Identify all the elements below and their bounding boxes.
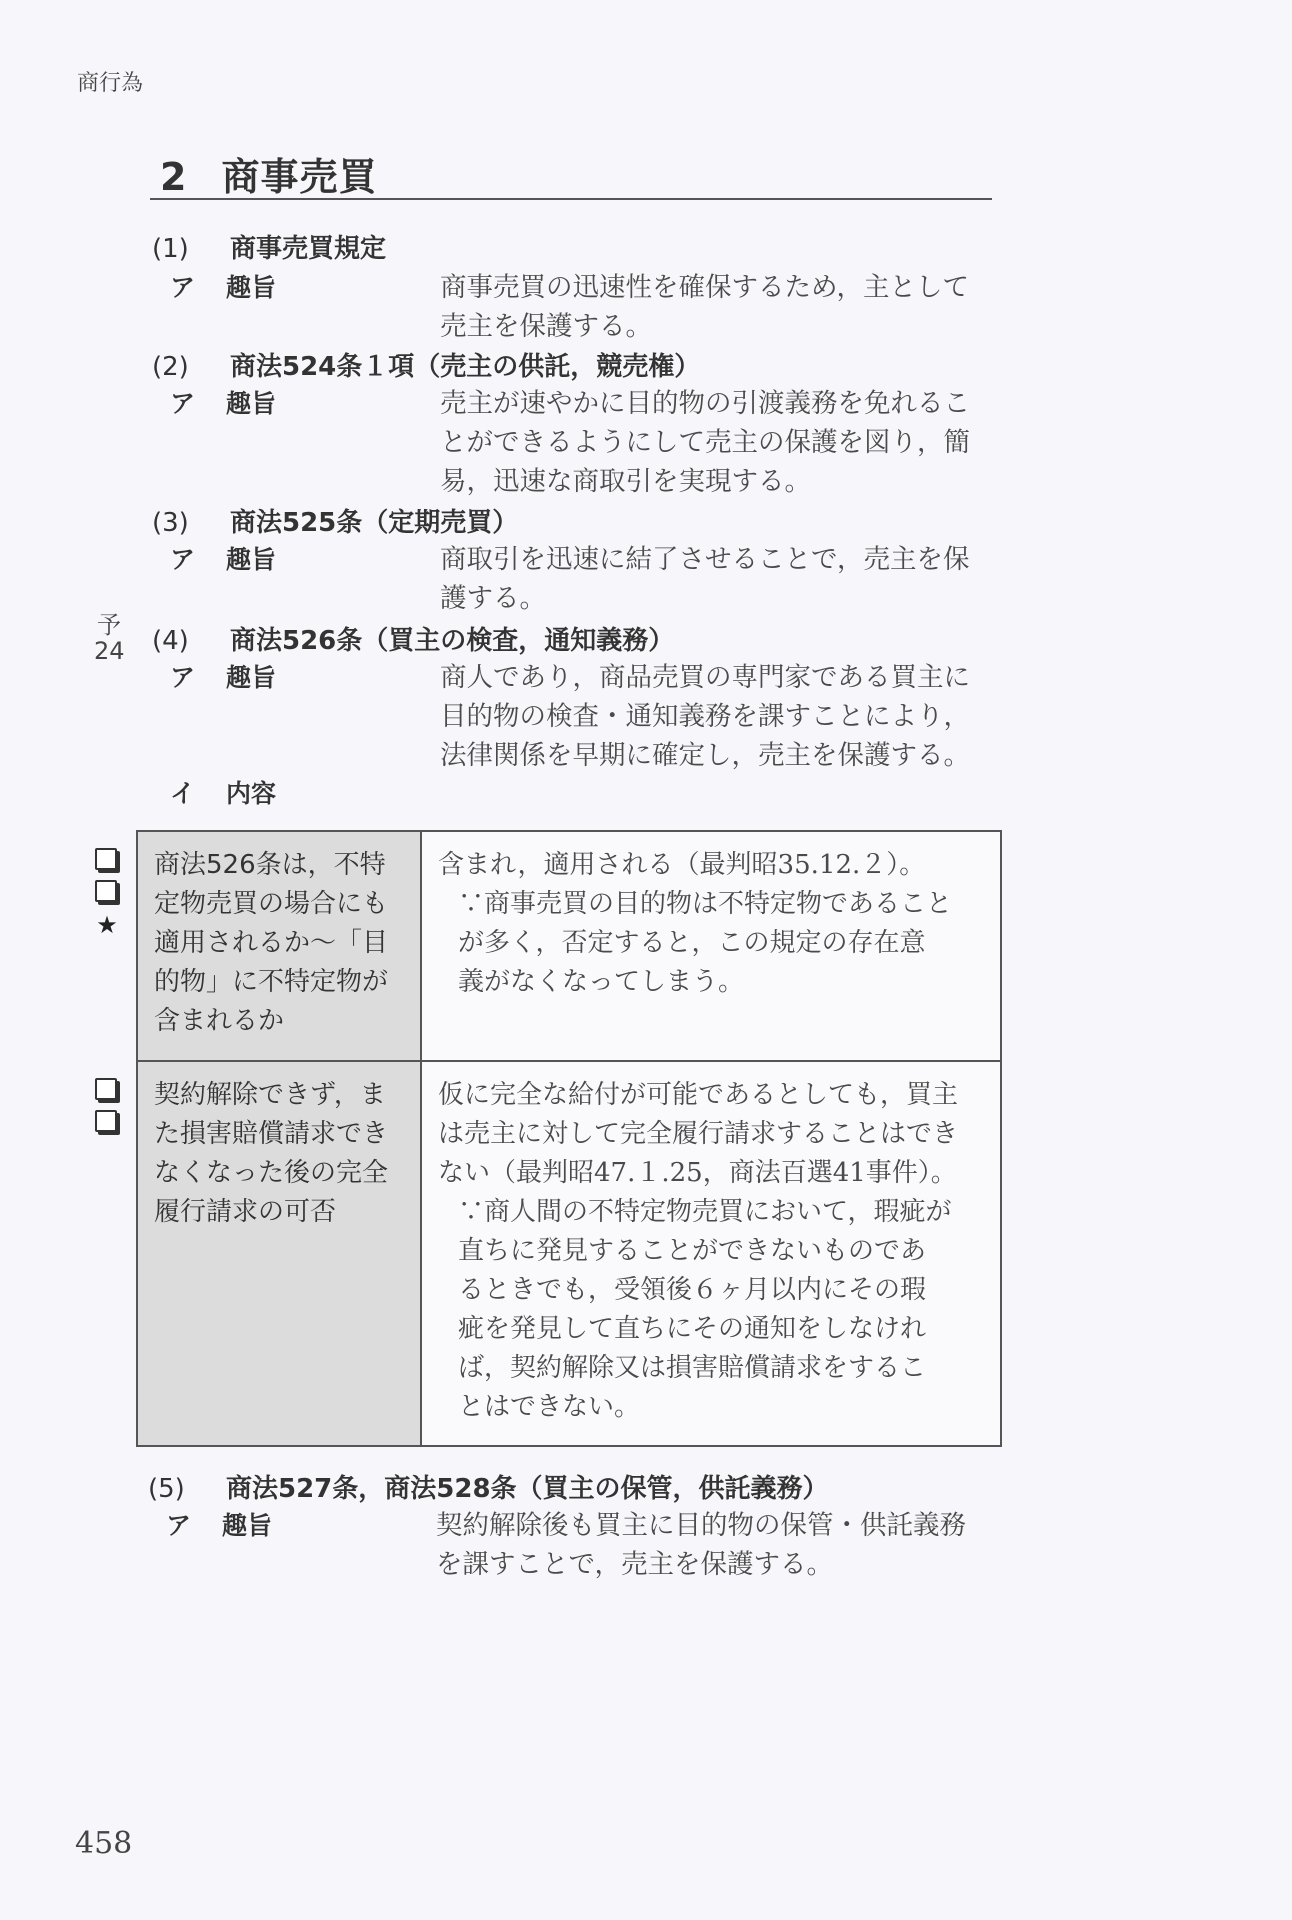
section-title-text: 商事売買 <box>221 155 377 199</box>
item-heading-5: (5)商法527条，商法528条（買主の保管，供託義務） <box>148 1468 829 1505</box>
item-5-sub-a: ア趣旨 <box>166 1506 272 1542</box>
reason-text: ∵商事売買の目的物は不特定物であること が多く，否定すると，この規定の存在意 義… <box>438 885 986 1002</box>
issues-table: 商法526条は，不特 定物売買の場合にも 適用されるか～「目 的物」に不特定物が… <box>136 830 1002 1447</box>
checkbox-icon[interactable] <box>95 1110 117 1132</box>
section-title: 2商事売買 <box>160 146 377 201</box>
answer-cell: 仮に完全な給付が可能であるとしても，買主 は売主に対して完全履行請求することはで… <box>421 1061 1001 1446</box>
item-heading-3: (3)商法525条（定期売買） <box>152 502 518 539</box>
item-4-sub-i: イ内容 <box>170 774 276 810</box>
reason-text: ∵商人間の不特定物売買において，瑕疵が 直ちに発見することができないものであ る… <box>438 1193 986 1427</box>
item-heading-2: (2)商法524条１項（売主の供託，競売権） <box>152 346 700 383</box>
answer-cell: 含まれ，適用される（最判昭35.12.２）。 ∵商事売買の目的物は不特定物である… <box>421 831 1001 1061</box>
question-cell: 契約解除できず，ま た損害賠償請求でき なくなった後の完全 履行請求の可否 <box>137 1061 421 1446</box>
item-1-body: 商事売買の迅速性を確保するため，主として 売主を保護する。 <box>440 268 1000 346</box>
row-1-markers: ★ <box>94 844 120 938</box>
title-underline <box>150 198 992 200</box>
page-number: 458 <box>75 1826 132 1861</box>
item-3-body: 商取引を迅速に結了させることで，売主を保 護する。 <box>440 540 1000 618</box>
item-4-sub-a: ア趣旨 <box>170 658 276 694</box>
item-1-sub-a: ア趣旨 <box>170 268 276 304</box>
row-2-markers <box>94 1074 120 1142</box>
item-heading-4: (4)商法526条（買主の検査，通知義務） <box>152 620 674 657</box>
item-heading-1: (1)商事売買規定 <box>152 228 386 265</box>
checkbox-icon[interactable] <box>95 880 117 902</box>
table-row: 契約解除できず，ま た損害賠償請求でき なくなった後の完全 履行請求の可否 仮に… <box>137 1061 1001 1446</box>
checkbox-icon[interactable] <box>95 848 117 870</box>
running-head: 商行為 <box>77 66 143 97</box>
item-2-sub-a: ア趣旨 <box>170 384 276 420</box>
item-2-body: 売主が速やかに目的物の引渡義務を免れるこ とができるようにして売主の保護を図り，… <box>440 384 1000 501</box>
margin-note: 予 24 <box>94 612 124 664</box>
item-4-body: 商人であり，商品売買の専門家である買主に 目的物の検査・通知義務を課すことにより… <box>440 658 1000 775</box>
section-number: 2 <box>160 155 187 199</box>
checkbox-icon[interactable] <box>95 1078 117 1100</box>
star-icon: ★ <box>94 912 120 938</box>
item-3-sub-a: ア趣旨 <box>170 540 276 576</box>
question-cell: 商法526条は，不特 定物売買の場合にも 適用されるか～「目 的物」に不特定物が… <box>137 831 421 1061</box>
item-5-body: 契約解除後も買主に目的物の保管・供託義務 を課すことで，売主を保護する。 <box>436 1506 996 1584</box>
table-row: 商法526条は，不特 定物売買の場合にも 適用されるか～「目 的物」に不特定物が… <box>137 831 1001 1061</box>
